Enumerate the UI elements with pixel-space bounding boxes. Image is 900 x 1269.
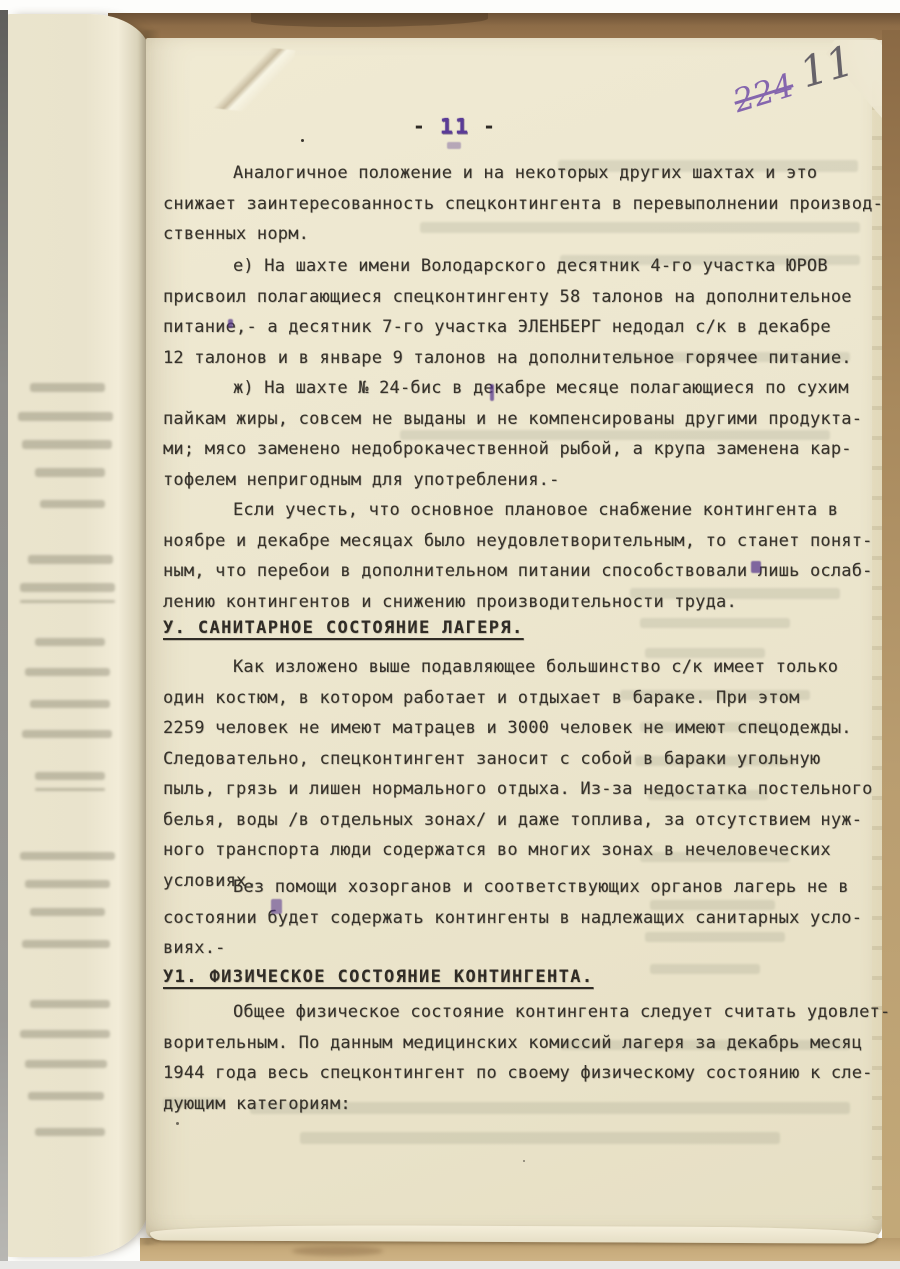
paragraph-sanitary-details: Как изложено выше подавляющее большинств… [163, 652, 885, 896]
bleedthrough-smudge [25, 880, 110, 888]
page-number-value: 11 [440, 111, 470, 141]
bleedthrough-smudge [300, 1132, 780, 1144]
paragraph-sanitary-conclusion: Без помощи хозорганов и соответствующих … [163, 872, 885, 964]
bleedthrough-smudge [28, 555, 113, 564]
bleedthrough-smudge [25, 1060, 107, 1068]
bleedthrough-smudge [25, 668, 110, 676]
page-number-dash-right: - [483, 112, 497, 140]
bleedthrough-smudge [20, 852, 115, 860]
torn-bottom-edge [150, 1224, 878, 1243]
scan-left-border [0, 10, 8, 1269]
bleedthrough-smudge [30, 1000, 110, 1008]
ink-correction-mark [751, 561, 761, 573]
paper-speck [523, 1160, 525, 1162]
bleedthrough-smudge [22, 440, 112, 449]
ink-correction-mark [228, 319, 233, 328]
heading-sanitary-condition: У. САНИТАРНОЕ СОСТОЯНИЕ ЛАГЕРЯ. [163, 613, 885, 644]
paper-crease [209, 42, 295, 116]
paragraph-intro: Аналогичное положение и на некоторых дру… [163, 158, 885, 250]
scan-bottom-border [0, 1261, 900, 1269]
bleedthrough-smudge [35, 638, 105, 646]
bleedthrough-smudge [20, 600, 115, 603]
paragraph-physical-condition: Общее физическое состояние контингента с… [163, 997, 885, 1119]
bleedthrough-smudge [22, 940, 110, 948]
bleedthrough-smudge [35, 468, 105, 477]
paragraph-item-zh: ж) На шахте № 24-бис в декабре месяце по… [163, 373, 885, 495]
paragraph-supply-conclusion: Если учесть, что основное плановое снабж… [163, 495, 885, 617]
bleedthrough-smudge [30, 908, 105, 916]
bleedthrough-smudge [20, 1030, 110, 1038]
paper-speck [176, 1122, 179, 1125]
bleedthrough-smudge [40, 500, 105, 508]
ink-smudge [447, 142, 461, 149]
bleedthrough-smudge [20, 583, 115, 592]
bleedthrough-smudge [35, 772, 105, 780]
bleedthrough-smudge [30, 700, 110, 708]
paragraph-item-e: е) На шахте имени Володарского десятник … [163, 251, 885, 373]
scanned-document-page: 11 224 -11- Аналогичное положение и на н… [0, 0, 900, 1269]
bleedthrough-smudge [22, 730, 112, 738]
heading-physical-condition: У1. ФИЗИЧЕСКОЕ СОСТОЯНИЕ КОНТИНГЕНТА. [163, 962, 885, 993]
ink-correction-mark [490, 384, 494, 401]
page-number: -11- [380, 112, 530, 140]
bleedthrough-smudge [35, 1128, 105, 1136]
previous-page-edge [6, 14, 150, 1257]
bleedthrough-smudge [18, 412, 113, 421]
bleedthrough-smudge [35, 788, 105, 791]
bleedthrough-smudge [30, 383, 105, 392]
paper-speck [301, 139, 304, 142]
ink-correction-mark [271, 899, 282, 914]
page-number-dash-left: - [413, 112, 427, 140]
bleedthrough-smudge [28, 1092, 104, 1100]
